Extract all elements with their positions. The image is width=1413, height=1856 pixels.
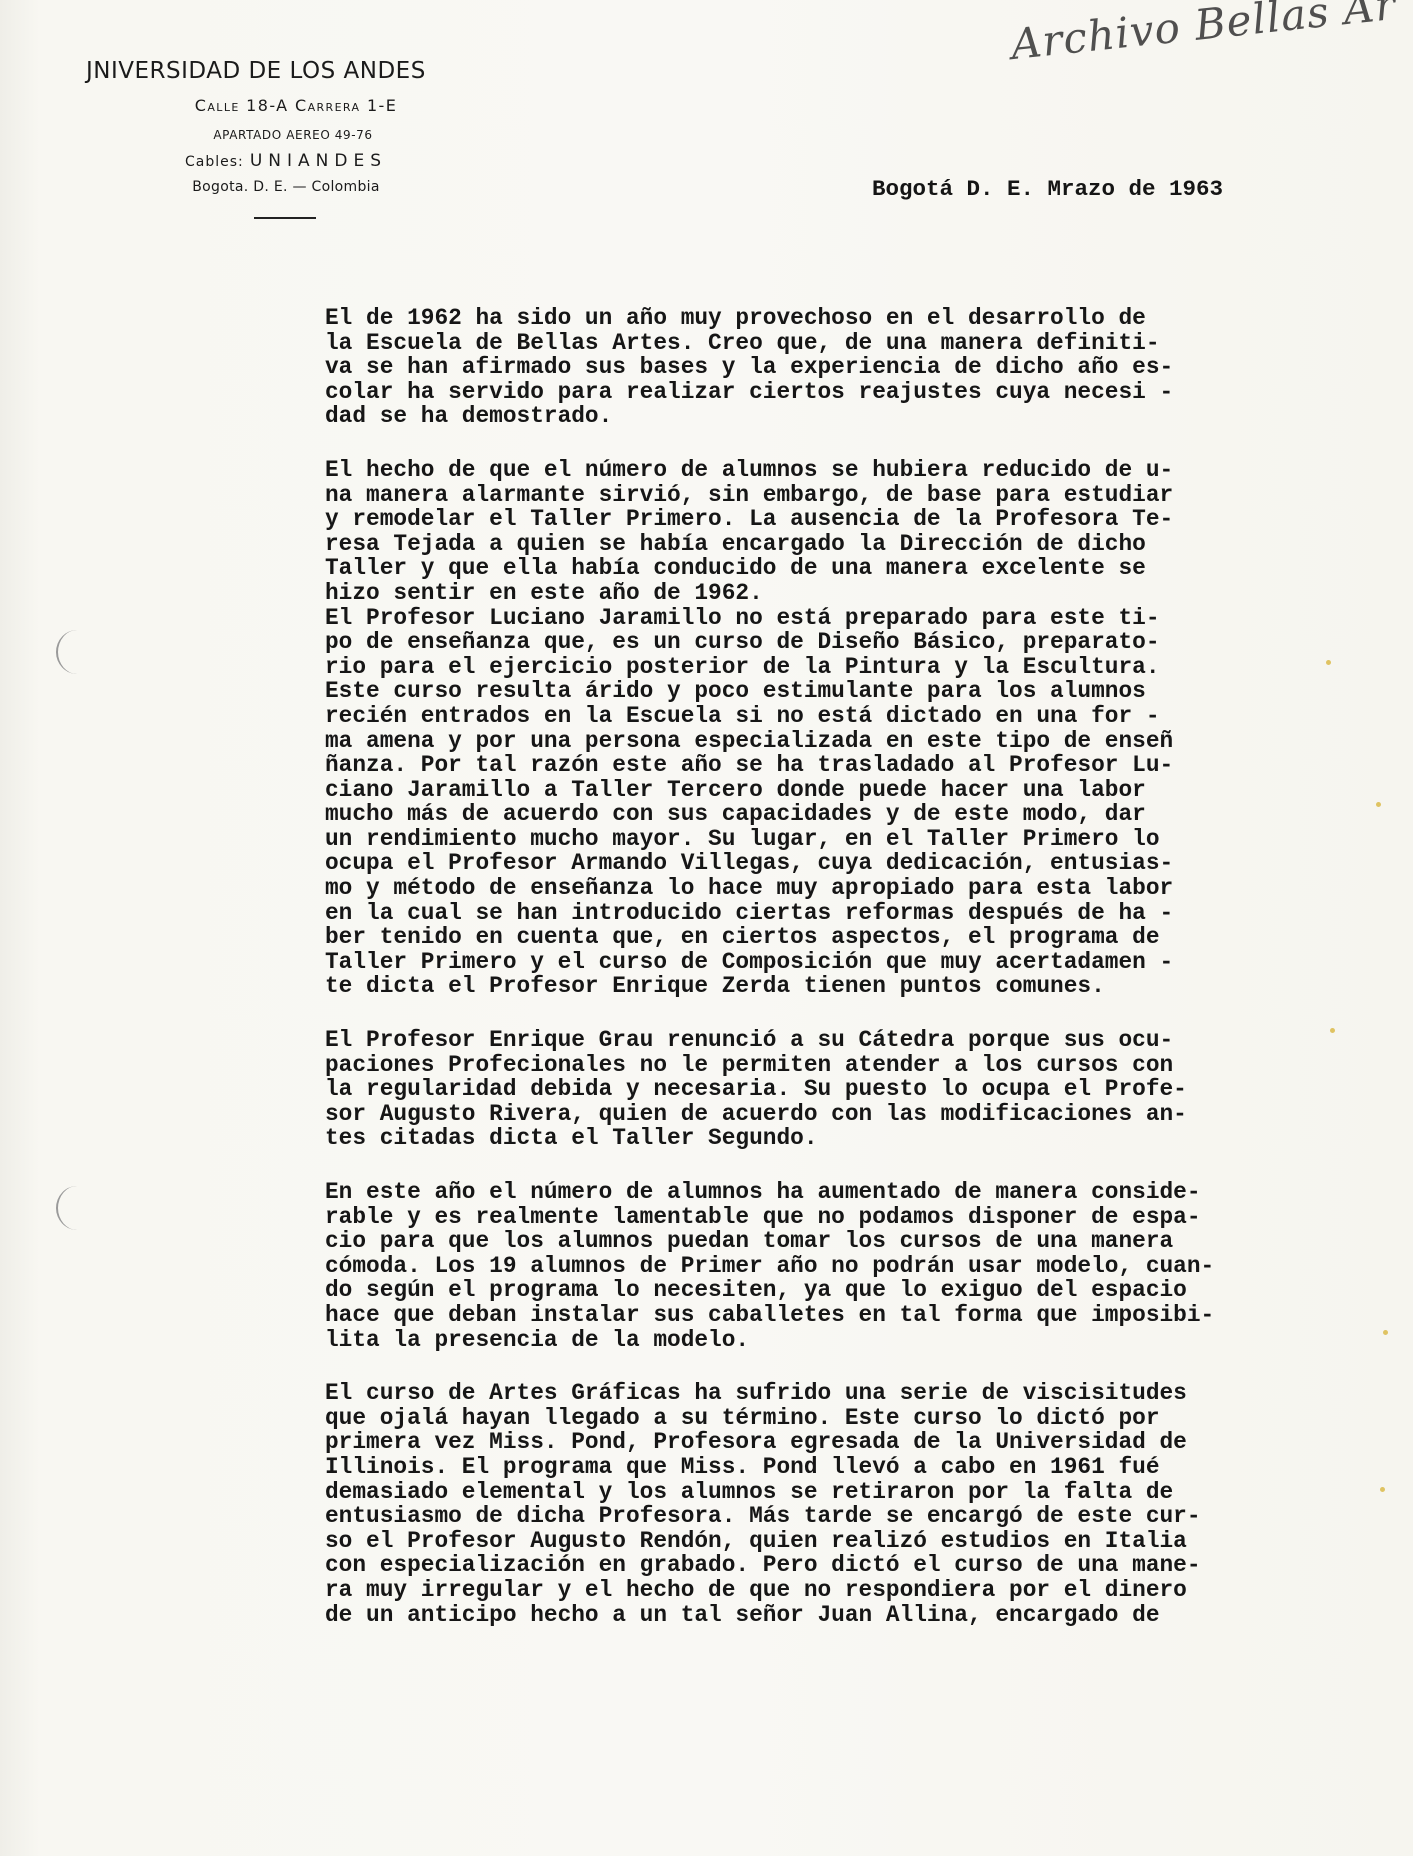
text-line: hace que deban instalar sus caballetes e… <box>325 1303 1413 1328</box>
text-line: demasiado elemental y los alumnos se ret… <box>325 1480 1413 1505</box>
text-line: va se han afirmado sus bases y la experi… <box>325 355 1413 380</box>
text-line: con especialización en grabado. Pero dic… <box>325 1553 1413 1578</box>
paragraph: En este año el número de alumnos ha aume… <box>325 1180 1413 1352</box>
text-line: la Escuela de Bellas Artes. Creo que, de… <box>325 331 1413 356</box>
text-line: en la cual se han introducido ciertas re… <box>325 901 1413 926</box>
text-line: mo y método de enseñanza lo hace muy apr… <box>325 876 1413 901</box>
paper-stain <box>1383 1330 1388 1335</box>
letterhead-address: Calle 18-A Carrera 1-E <box>106 96 486 115</box>
paragraph: El curso de Artes Gráficas ha sufrido un… <box>325 1381 1413 1627</box>
paper-stain <box>1380 1487 1385 1492</box>
institution-name: JNIVERSIDAD DE LOS ANDES <box>86 58 486 84</box>
letter-body: El de 1962 ha sido un año muy provechoso… <box>325 306 1413 1656</box>
paragraph: El hecho de que el número de alumnos se … <box>325 458 1413 606</box>
text-line: entusiasmo de dicha Profesora. Más tarde… <box>325 1504 1413 1529</box>
text-line: resa Tejada a quien se había encargado l… <box>325 532 1413 557</box>
text-line: El Profesor Luciano Jaramillo no está pr… <box>325 606 1413 631</box>
text-line: cómoda. Los 19 alumnos de Primer año no … <box>325 1254 1413 1279</box>
text-line: hizo sentir en este año de 1962. <box>325 581 1413 606</box>
text-line: la regularidad debida y necesaria. Su pu… <box>325 1077 1413 1102</box>
text-line: tes citadas dicta el Taller Segundo. <box>325 1126 1413 1151</box>
punch-hole-mark <box>56 630 98 674</box>
text-line: ñanza. Por tal razón este año se ha tras… <box>325 753 1413 778</box>
text-line: ber tenido en cuenta que, en ciertos asp… <box>325 925 1413 950</box>
text-line: sor Augusto Rivera, quien de acuerdo con… <box>325 1102 1413 1127</box>
cables-label: Cables: <box>185 154 244 170</box>
text-line: ra muy irregular y el hecho de que no re… <box>325 1578 1413 1603</box>
text-line: un rendimiento mucho mayor. Su lugar, en… <box>325 827 1413 852</box>
text-line: El hecho de que el número de alumnos se … <box>325 458 1413 483</box>
punch-hole-mark <box>56 1186 98 1230</box>
text-line: Este curso resulta árido y poco estimula… <box>325 679 1413 704</box>
paper-stain <box>1376 802 1381 807</box>
cables-value: UNIANDES <box>250 151 387 171</box>
text-line: Illinois. El programa que Miss. Pond lle… <box>325 1455 1413 1480</box>
text-line: rable y es realmente lamentable que no p… <box>325 1205 1413 1230</box>
text-line: El Profesor Enrique Grau renunció a su C… <box>325 1028 1413 1053</box>
text-line: de un anticipo hecho a un tal señor Juan… <box>325 1603 1413 1628</box>
text-line: ma amena y por una persona especializada… <box>325 729 1413 754</box>
text-line: te dicta el Profesor Enrique Zerda tiene… <box>325 974 1413 999</box>
paragraph: El Profesor Luciano Jaramillo no está pr… <box>325 606 1413 1000</box>
text-line: lita la presencia de la modelo. <box>325 1328 1413 1353</box>
letterhead-divider <box>254 217 316 219</box>
text-line: mucho más de acuerdo con sus capacidades… <box>325 802 1413 827</box>
text-line: y remodelar el Taller Primero. La ausenc… <box>325 507 1413 532</box>
text-line: El de 1962 ha sido un año muy provechoso… <box>325 306 1413 331</box>
letter-date: Bogotá D. E. Mrazo de 1963 <box>872 176 1223 202</box>
text-line: que ojalá hayan llegado a su término. Es… <box>325 1406 1413 1431</box>
text-line: dad se ha demostrado. <box>325 404 1413 429</box>
text-line: do según el programa lo necesiten, ya qu… <box>325 1278 1413 1303</box>
text-line: rio para el ejercicio posterior de la Pi… <box>325 655 1413 680</box>
text-line: El curso de Artes Gráficas ha sufrido un… <box>325 1381 1413 1406</box>
text-line: En este año el número de alumnos ha aume… <box>325 1180 1413 1205</box>
letterhead: JNIVERSIDAD DE LOS ANDES Calle 18-A Carr… <box>86 58 486 219</box>
letterhead-city: Bogota. D. E. — Colombia <box>86 179 486 195</box>
text-line: colar ha servido para realizar ciertos r… <box>325 380 1413 405</box>
text-line: so el Profesor Augusto Rendón, quien rea… <box>325 1529 1413 1554</box>
text-line: po de enseñanza que, es un curso de Dise… <box>325 630 1413 655</box>
scanned-letter-page: JNIVERSIDAD DE LOS ANDES Calle 18-A Carr… <box>0 0 1413 1856</box>
text-line: primera vez Miss. Pond, Profesora egresa… <box>325 1430 1413 1455</box>
text-line: recién entrados en la Escuela si no está… <box>325 704 1413 729</box>
letterhead-po-box: APARTADO AEREO 49-76 <box>100 128 486 142</box>
text-line: Taller y que ella había conducido de una… <box>325 556 1413 581</box>
handwritten-annotation: Archivo Bellas Ar <box>1008 0 1398 69</box>
text-line: paciones Profecionales no le permiten at… <box>325 1053 1413 1078</box>
text-line: ciano Jaramillo a Taller Tercero donde p… <box>325 778 1413 803</box>
text-line: ocupa el Profesor Armando Villegas, cuya… <box>325 851 1413 876</box>
paragraph: El Profesor Enrique Grau renunció a su C… <box>325 1028 1413 1151</box>
paragraph: El de 1962 ha sido un año muy provechoso… <box>325 306 1413 429</box>
text-line: na manera alarmante sirvió, sin embargo,… <box>325 483 1413 508</box>
text-line: cio para que los alumnos puedan tomar lo… <box>325 1229 1413 1254</box>
letterhead-cables: Cables: UNIANDES <box>86 151 486 171</box>
text-line: Taller Primero y el curso de Composición… <box>325 950 1413 975</box>
paper-stain <box>1330 1028 1335 1033</box>
paper-stain <box>1326 660 1331 665</box>
